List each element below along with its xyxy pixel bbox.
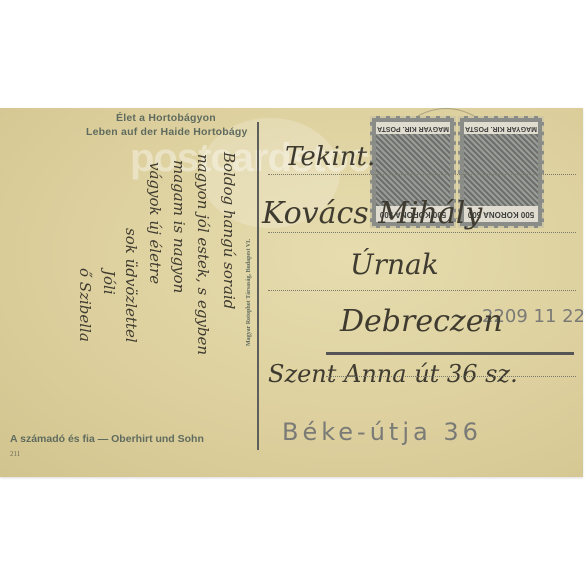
message-line: nagyon jól estek, s egyben <box>194 154 212 355</box>
title-hungarian: Élet a Hortobágyon <box>116 112 216 124</box>
address-dotted-line <box>268 232 576 233</box>
message-line: sok üdvözlettel <box>122 228 140 343</box>
address-dotted-line <box>268 174 576 175</box>
address-dotted-line <box>268 290 576 291</box>
stamp-country: MAGYAR KIR. POSTA <box>464 122 538 134</box>
address-line-2: Kovács Mihály <box>262 196 482 231</box>
divider-line <box>257 122 259 450</box>
caption: A számadó és fia — Oberhirt und Sohn <box>10 433 204 445</box>
message-line: vágyok új életre <box>146 162 164 284</box>
address-line-4: Debreczen <box>340 304 503 339</box>
title-german: Leben auf der Haide Hortobágy <box>86 126 248 138</box>
message-line: Boldog hangú soraid <box>220 152 238 309</box>
stamp-country: MAGYAR KIR. POSTA <box>376 122 450 134</box>
message-line: magam is nagyon <box>170 160 188 293</box>
address-line-5: Szent Anna út 36 sz. <box>268 360 518 388</box>
address-line-1: Tekint. <box>285 142 375 172</box>
pencil-street: Béke-útja 36 <box>282 418 482 446</box>
message-line: Jóli <box>100 270 118 295</box>
postcard: postcardstock Élet a Hortobágyon Leben a… <box>0 108 583 477</box>
address-dotted-line <box>326 376 576 377</box>
message-line: ő Szibella <box>76 268 94 342</box>
publisher: Magyar Rotophot Társaság, Budapest VI. <box>246 239 252 346</box>
address-line-3: Úrnak <box>350 248 439 281</box>
card-number: 211 <box>10 450 20 458</box>
address-underline <box>326 352 574 355</box>
